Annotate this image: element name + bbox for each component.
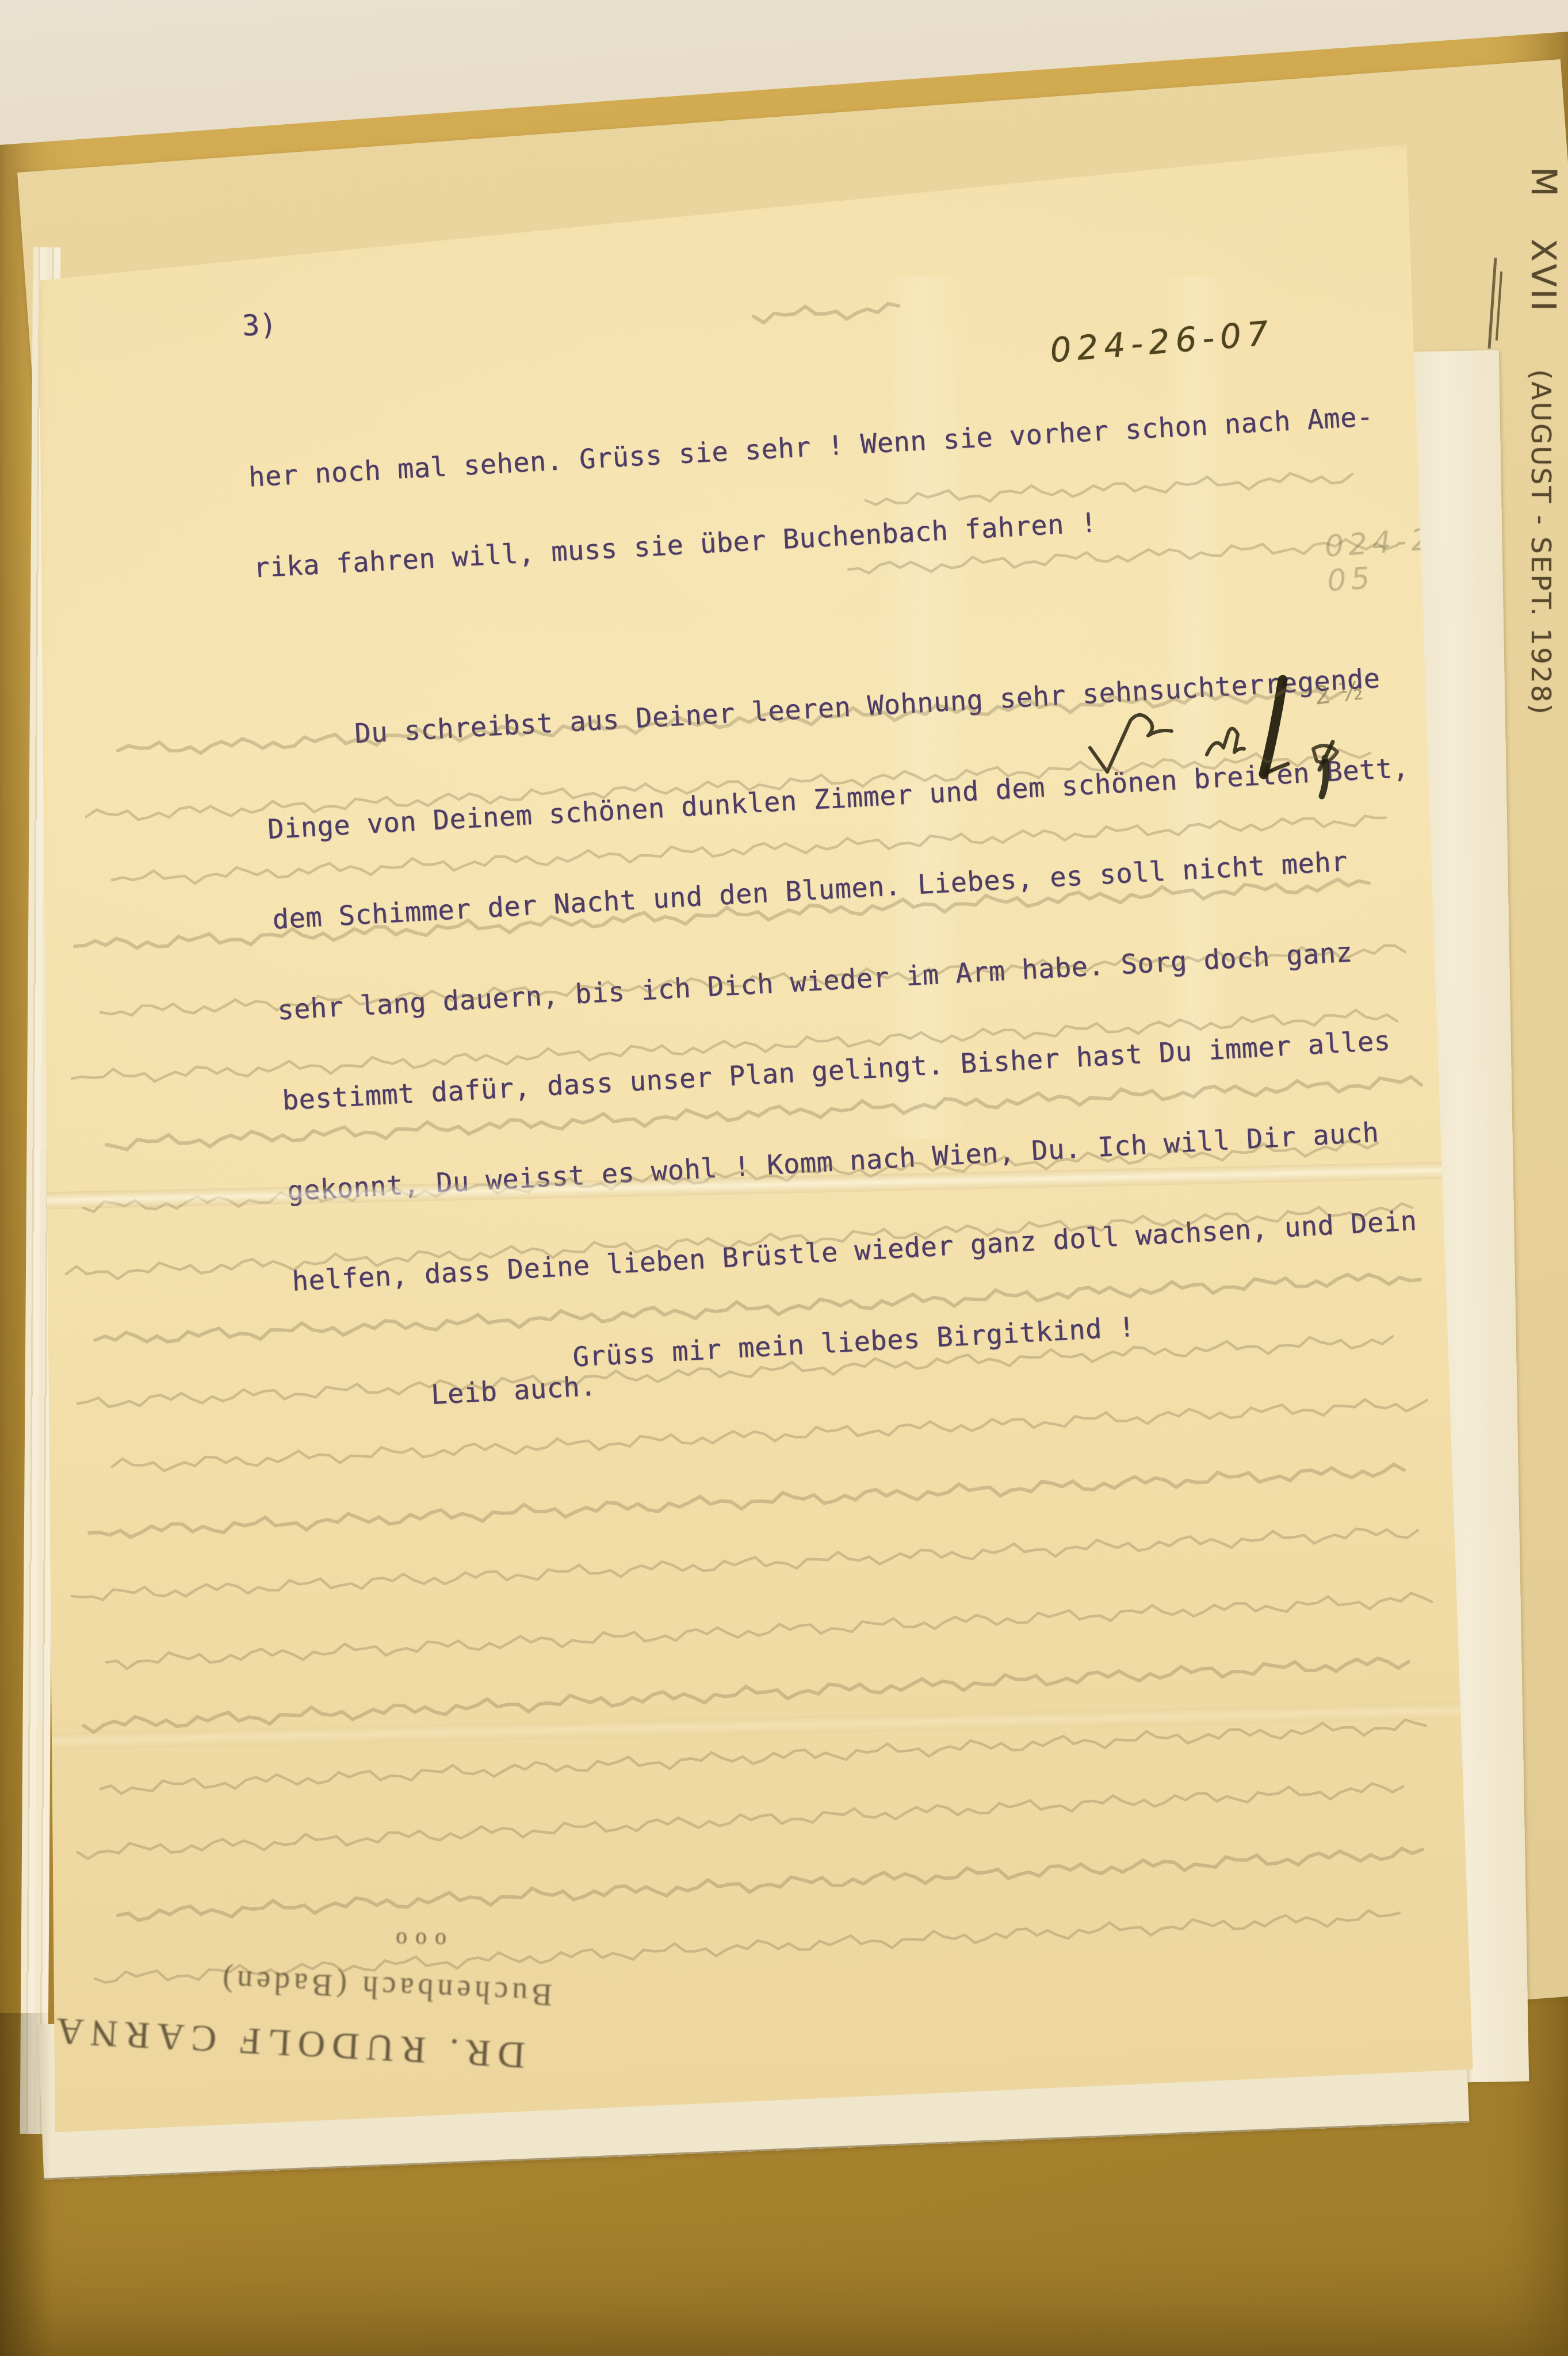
letterhead-dots-bleedthrough: ooo: [354, 1926, 481, 1955]
archive-photo-scene: 3) 024-26-07 024-26-05 her noch mal sehe…: [0, 0, 1568, 2356]
folder-edge-label: M XVII (AUGUST - SEPT. 1928): [1496, 167, 1563, 972]
folder-corner-shadow: [0, 2013, 52, 2356]
letter-page: 3) 024-26-07 024-26-05 her noch mal sehe…: [32, 132, 1505, 2163]
folder-label-date: (AUGUST - SEPT. 1928): [1525, 369, 1556, 716]
ghost-writing: [32, 132, 1505, 2163]
folder-label-m: M: [1523, 167, 1563, 200]
folder-label-roman: XVII: [1524, 239, 1563, 313]
